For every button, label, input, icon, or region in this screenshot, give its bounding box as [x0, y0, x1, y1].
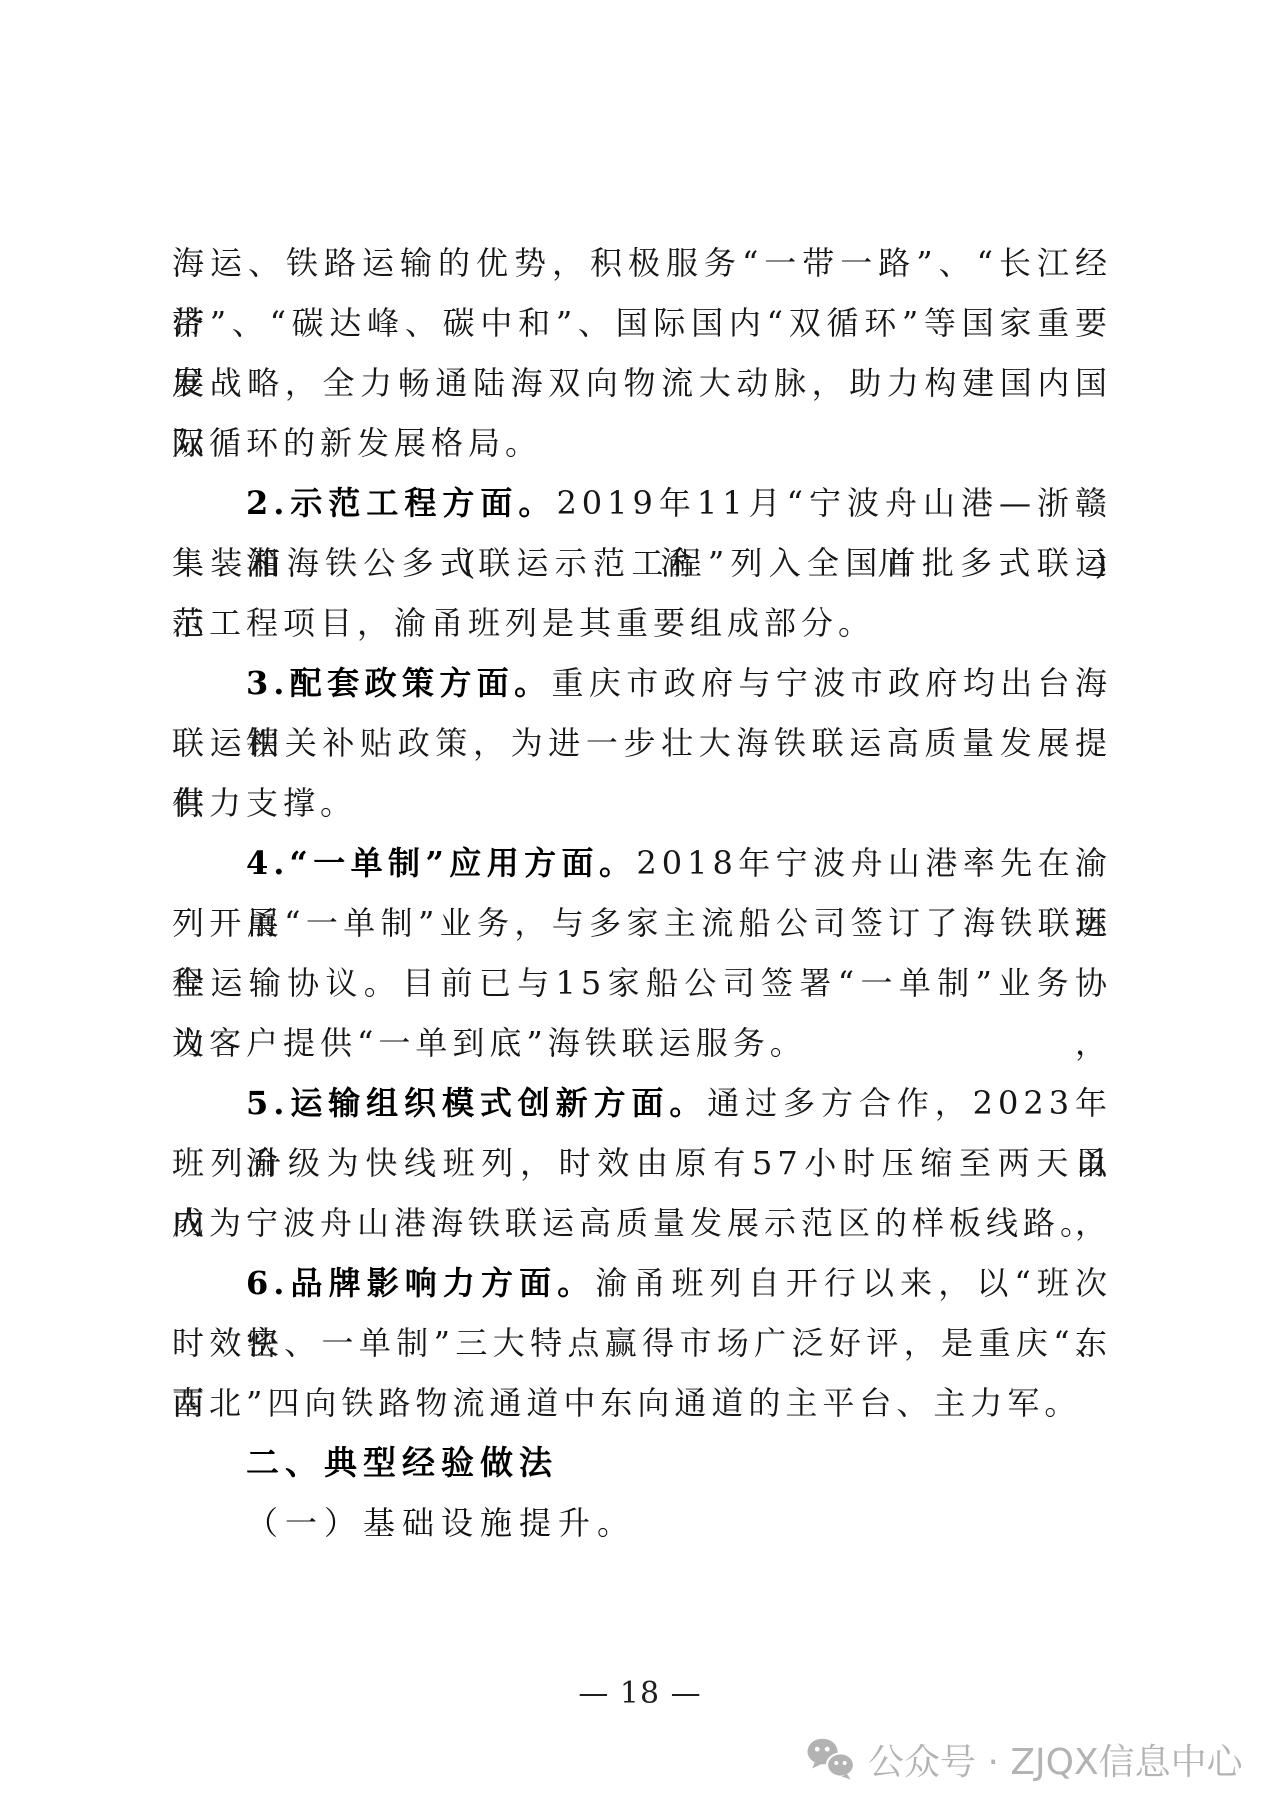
run-in-heading: 4.“一单制”应用方面。 — [246, 844, 636, 882]
body-line: 有力支撑。 — [172, 773, 1112, 833]
body-line: 3.配套政策方面。重庆市政府与宁波市政府均出台海铁 — [172, 653, 1112, 713]
section-heading: 二、典型经验做法 — [172, 1433, 1112, 1493]
body-line: 2.示范工程方面。2019年11月“宁波舟山港—浙赣湘(渝川) — [172, 473, 1112, 533]
page-number: — 18 — — [0, 1674, 1280, 1714]
body-line: 集装箱海铁公多式联运示范工程”列入全国首批多式联运示 — [172, 533, 1112, 593]
run-in-heading: 2.示范工程方面。 — [246, 484, 556, 522]
run-in-heading: 3.配套政策方面。 — [246, 664, 552, 702]
body-line: 5.运输组织模式创新方面。通过多方合作，2023年渝甬 — [172, 1073, 1112, 1133]
wechat-icon — [806, 1738, 856, 1780]
body-line: 4.“一单制”应用方面。2018年宁波舟山港率先在渝甬班 — [172, 833, 1112, 893]
watermark: 公众号 · ZJQX信息中心 — [806, 1736, 1243, 1782]
body-line: 双循环的新发展格局。 — [172, 413, 1112, 473]
body-line: 带”、“碳达峰、碳中和”、国际国内“双循环”等国家重要发 — [172, 293, 1112, 353]
body-line: 范工程项目，渝甬班列是其重要组成部分。 — [172, 593, 1112, 653]
watermark-text: 公众号 · ZJQX信息中心 — [868, 1734, 1243, 1785]
body-line: 班列升级为快线班列，时效由原有57小时压缩至两天以内， — [172, 1133, 1112, 1193]
body-line: 联运相关补贴政策，为进一步壮大海铁联运高质量发展提供 — [172, 713, 1112, 773]
subsection-heading: （一）基础设施提升。 — [172, 1493, 1112, 1553]
run-in-heading: 5.运输组织模式创新方面。 — [246, 1084, 707, 1122]
body-line: 程运输协议。目前已与15家船公司签署“一单制”业务协议， — [172, 953, 1112, 1013]
body-line: 成为宁波舟山港海铁联运高质量发展示范区的样板线路。 — [172, 1193, 1112, 1253]
body-line: 海运、铁路运输的优势，积极服务“一带一路”、“长江经济 — [172, 233, 1112, 293]
body-line: 列开展“一单制”业务，与多家主流船公司签订了海铁联运全 — [172, 893, 1112, 953]
body-line: 展战略，全力畅通陆海双向物流大动脉，助力构建国内国际 — [172, 353, 1112, 413]
document-page: 海运、铁路运输的优势，积极服务“一带一路”、“长江经济 带”、“碳达峰、碳中和”… — [0, 0, 1280, 1810]
run-in-heading: 6.品牌影响力方面。 — [246, 1264, 595, 1302]
document-body: 海运、铁路运输的优势，积极服务“一带一路”、“长江经济 带”、“碳达峰、碳中和”… — [172, 233, 1112, 1553]
body-line: 时效快、一单制”三大特点赢得市场广泛好评，是重庆“东西 — [172, 1313, 1112, 1373]
body-line: 6.品牌影响力方面。渝甬班列自开行以来，以“班次密、 — [172, 1253, 1112, 1313]
body-line: 南北”四向铁路物流通道中东向通道的主平台、主力军。 — [172, 1373, 1112, 1433]
